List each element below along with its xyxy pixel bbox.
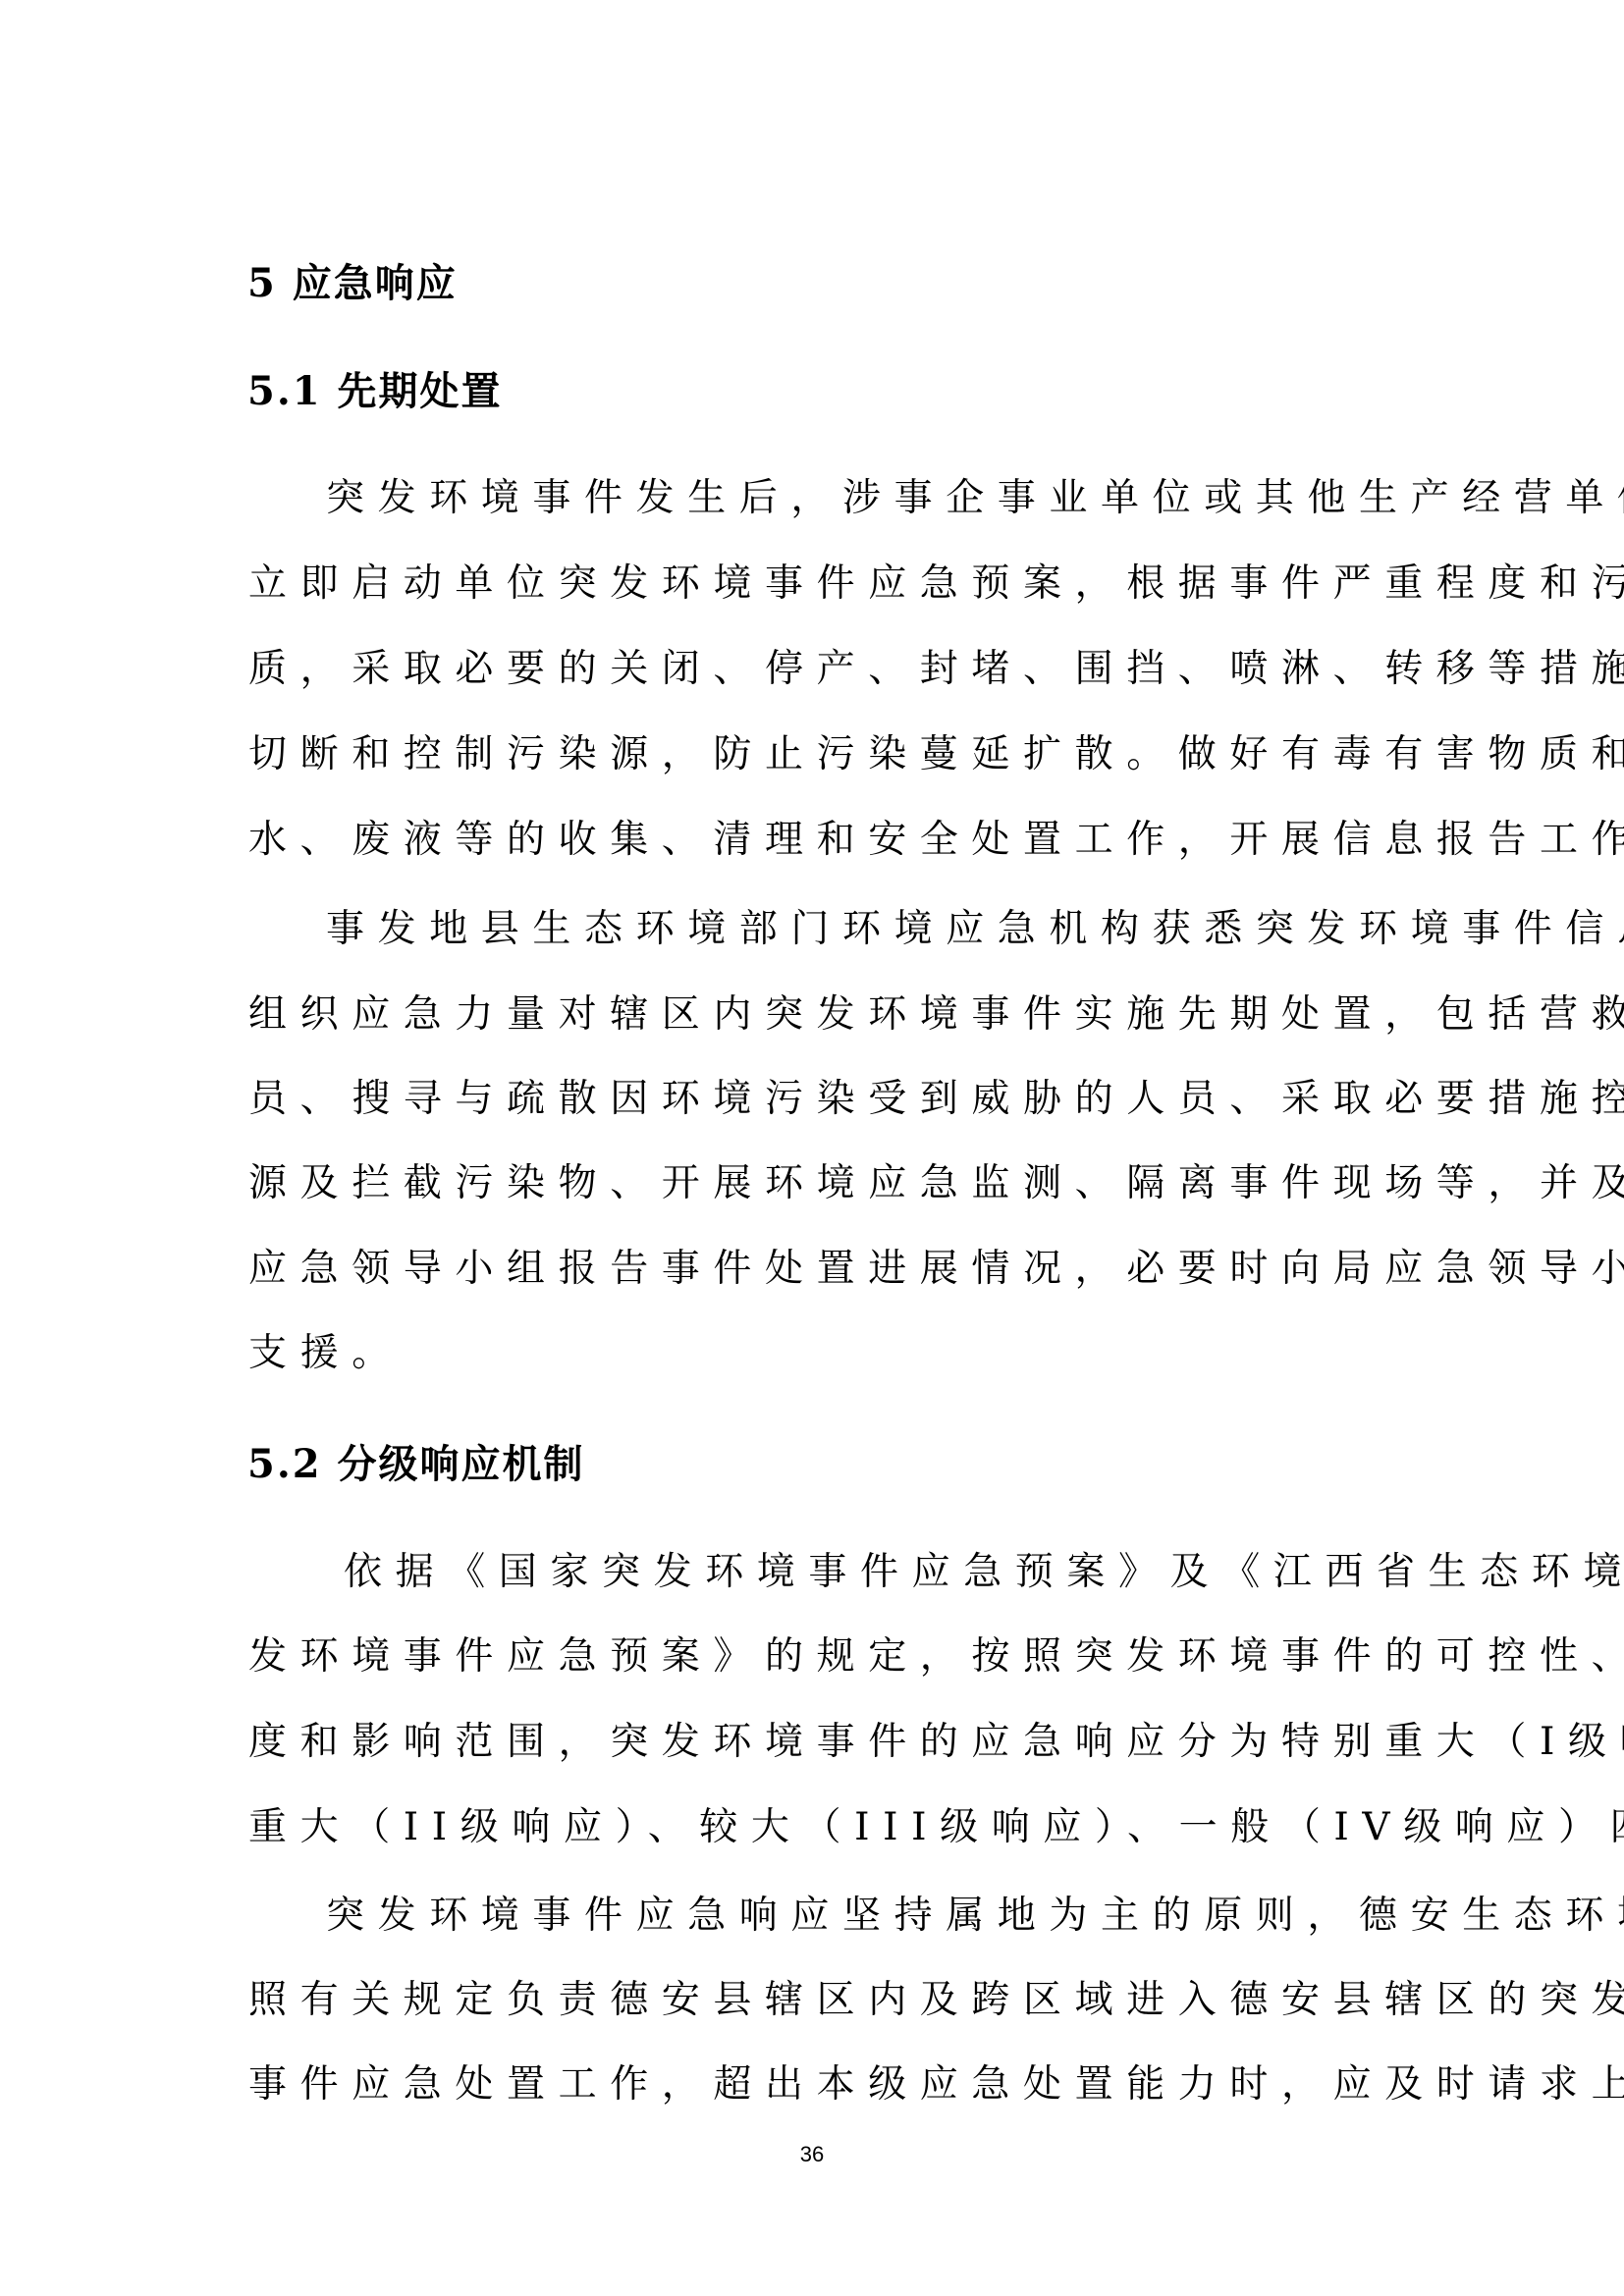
text-line: 照有关规定负责德安县辖区内及跨区域进入德安县辖区的突发环境 [248, 1973, 1388, 2028]
page-number: 36 [0, 2140, 1624, 2169]
text-line: 突发环境事件应急响应坚持属地为主的原则，德安生态环境局按 [326, 1889, 1388, 1944]
text-line: 立即启动单位突发环境事件应急预案，根据事件严重程度和污染物性 [248, 557, 1388, 612]
text-line: 源及拦截污染物、开展环境应急监测、隔离事件现场等，并及时向局 [248, 1156, 1388, 1211]
text-line: 应急领导小组报告事件处置进展情况，必要时向局应急领导小组请求 [248, 1242, 1388, 1297]
text-line: 依据《国家突发环境事件应急预案》及《江西省生态环境厅突 [344, 1545, 1388, 1600]
section-heading-5-1: 5.1 先期处置 [247, 368, 503, 415]
text-line: 质，采取必要的关闭、停产、封堵、围挡、喷淋、转移等措施，迅速 [248, 642, 1388, 697]
section-heading-5: 5 应急响应 [247, 260, 458, 307]
text-line: 支援。 [248, 1326, 1388, 1381]
text-line: 事发地县生态环境部门环境应急机构获悉突发环境事件信息后， [326, 902, 1388, 957]
text-line: 发环境事件应急预案》的规定，按照突发环境事件的可控性、严重程 [248, 1629, 1388, 1684]
text-line: 员、搜寻与疏散因环境污染受到威胁的人员、采取必要措施控制污染 [248, 1072, 1388, 1127]
text-line: 事件应急处置工作，超出本级应急处置能力时，应及时请求上一级应 [248, 2057, 1388, 2112]
text-line: 水、废液等的收集、清理和安全处置工作，开展信息报告工作。 [248, 813, 1388, 868]
text-line: 组织应急力量对辖区内突发环境事件实施先期处置，包括营救受伤人 [248, 988, 1388, 1042]
text-line: 重大（II级响应）、较大（III级响应）、一般（IV级响应）四级。 [248, 1800, 1388, 1855]
document-page: 5 应急响应 5.1 先期处置 突发环境事件发生后，涉事企事业单位或其他生产经营… [0, 0, 1624, 2296]
text-line: 切断和控制污染源，防止污染蔓延扩散。做好有毒有害物质和消防废 [248, 727, 1388, 782]
section-heading-5-2: 5.2 分级响应机制 [247, 1441, 585, 1488]
text-line: 突发环境事件发生后，涉事企事业单位或其他生产经营单位应当 [326, 471, 1388, 526]
text-line: 度和影响范围，突发环境事件的应急响应分为特别重大（I级响应）、 [248, 1715, 1388, 1770]
